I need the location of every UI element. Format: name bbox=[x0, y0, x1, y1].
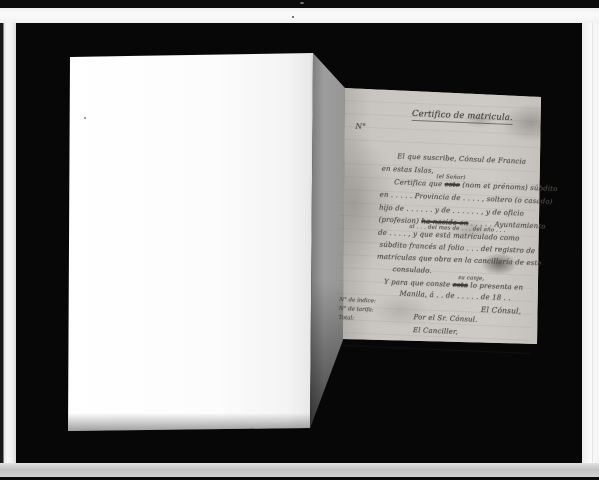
struck-word: este bbox=[444, 180, 460, 189]
body-line: en . . . . . Provincia de . . . . , solt… bbox=[379, 191, 552, 206]
margin-note: Total: bbox=[338, 315, 354, 322]
signature-canciller: El Canciller, bbox=[413, 326, 458, 336]
margin-note: N° de tarifa: bbox=[339, 306, 374, 313]
body-line: Certifica que este (nom et prénoms) súbd… bbox=[394, 178, 558, 193]
certificate-title: Certifico de matricula. bbox=[412, 109, 513, 125]
body-line: consulado. bbox=[392, 265, 432, 275]
film-margin-left bbox=[0, 23, 16, 463]
dust-speck bbox=[84, 117, 86, 119]
dust-speck bbox=[292, 16, 294, 18]
struck-word: esta bbox=[452, 281, 468, 290]
body-line: en estas Islas, bbox=[381, 165, 434, 175]
film-leader-top bbox=[0, 8, 599, 23]
signature-por-consul: Por el Sr. Cónsul. bbox=[413, 313, 477, 324]
film-margin-right bbox=[582, 23, 599, 463]
signature-consul: El Cónsul, bbox=[481, 305, 522, 316]
body-line: El que suscribe, Cónsul de Francia bbox=[397, 152, 526, 165]
film-frame: Certifico de matricula. N° El que suscri… bbox=[16, 23, 582, 463]
film-leader-bottom bbox=[0, 463, 599, 477]
dateline: Manila, á . . de . . . . . de 18 . . bbox=[399, 289, 511, 302]
blank-page-left bbox=[66, 51, 316, 436]
film-edge-top bbox=[0, 0, 599, 8]
dust-speck bbox=[300, 2, 304, 4]
certificate-number-label: N° bbox=[355, 121, 366, 130]
microfilm-scan: Certifico de matricula. N° El que suscri… bbox=[0, 0, 599, 480]
margin-note: N° de índice: bbox=[339, 297, 376, 305]
certificate-content: Certifico de matricula. N° El que suscri… bbox=[334, 88, 541, 354]
